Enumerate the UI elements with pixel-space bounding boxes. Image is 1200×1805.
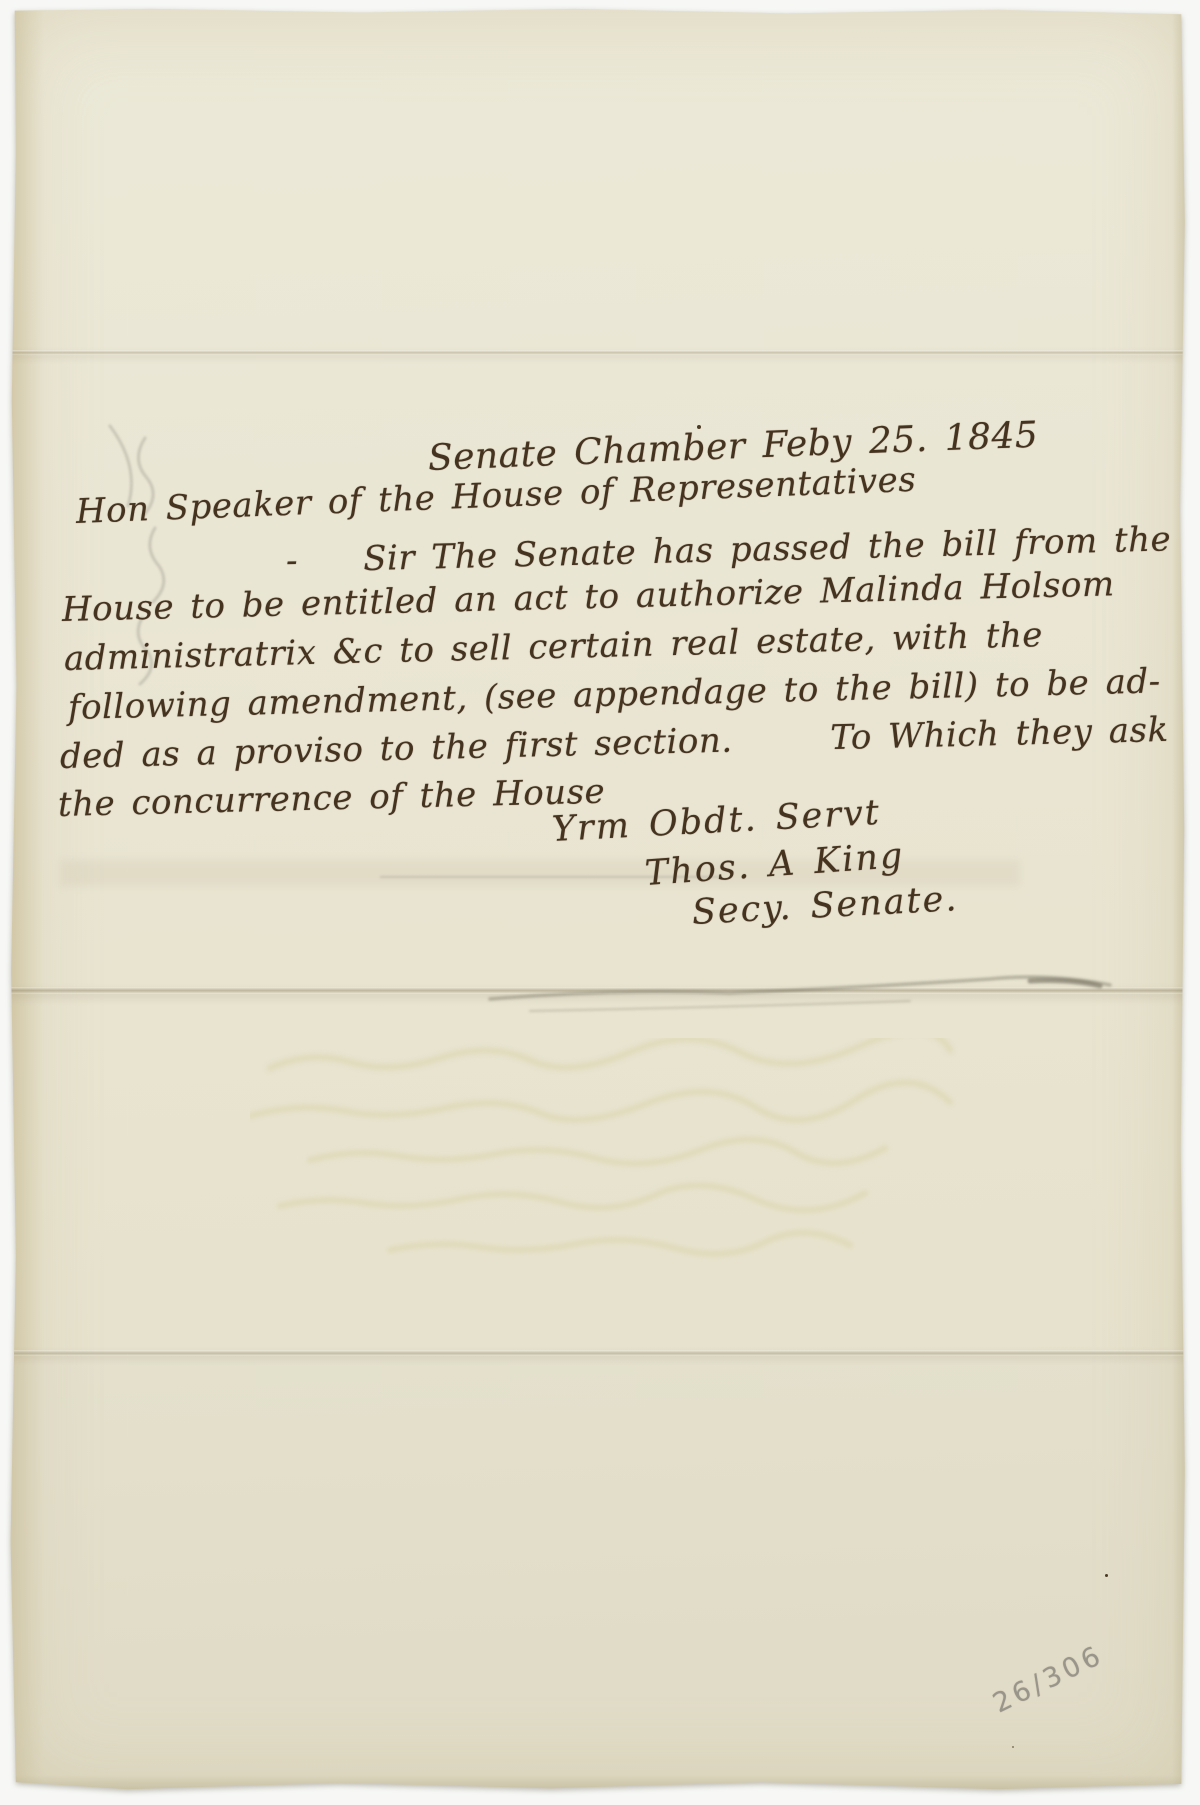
fold-crease-bottom (10, 1350, 1186, 1356)
bleed-through-writing (250, 1038, 1070, 1298)
document-scan: Senate Chamber Feby 25. 1845 Hon Speaker… (0, 0, 1200, 1805)
paper-sheet: Senate Chamber Feby 25. 1845 Hon Speaker… (10, 8, 1186, 1791)
lower-section-tint (10, 1352, 1186, 1791)
ink-speck (1105, 1574, 1108, 1577)
ink-speck (1012, 1746, 1014, 1748)
fold-crease-top (10, 350, 1186, 355)
ink-speck (697, 425, 701, 429)
paper-wrapper: Senate Chamber Feby 25. 1845 Hon Speaker… (10, 8, 1186, 1791)
crease-smudge (190, 953, 1150, 1033)
